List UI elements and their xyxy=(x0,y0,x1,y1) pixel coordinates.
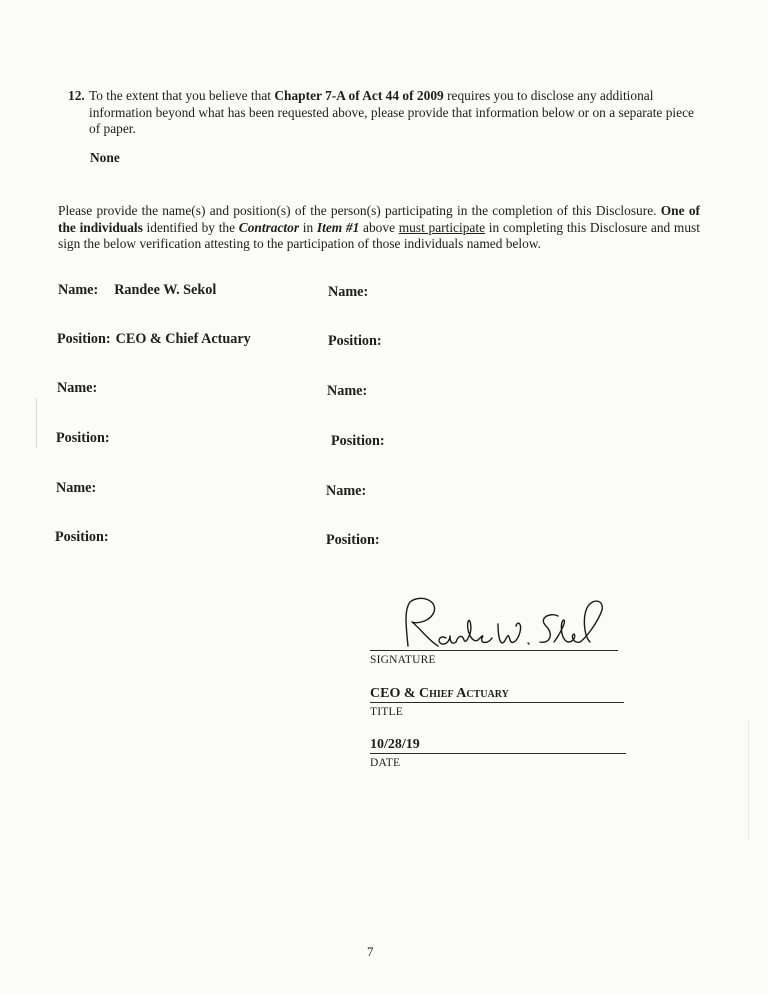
item-12-answer: None xyxy=(90,150,120,166)
date-value: 10/28/19 xyxy=(370,737,420,753)
chapter-reference: Chapter 7-A of Act 44 of 2009 xyxy=(274,88,443,103)
item-12: 12. To the extent that you believe that … xyxy=(68,88,708,138)
item-number: 12. xyxy=(68,88,85,105)
participant-1-position: Position:CEO & Chief Actuary xyxy=(57,331,251,348)
participant-2-name: Name: xyxy=(328,284,368,301)
title-line xyxy=(370,702,624,703)
item-12-text: To the extent that you believe that Chap… xyxy=(89,88,708,138)
participant-2-position: Position: xyxy=(328,333,382,350)
participant-4-position: Position: xyxy=(331,433,385,450)
title-value: CEO & Chief Actuary xyxy=(370,686,509,702)
handwritten-signature xyxy=(398,596,608,652)
participant-4-name: Name: xyxy=(327,383,367,400)
participant-3-position: Position: xyxy=(56,430,110,447)
date-line xyxy=(370,753,626,754)
participant-3-name: Name: xyxy=(57,380,97,397)
participant-5-name: Name: xyxy=(56,480,96,497)
page-number: 7 xyxy=(367,944,374,960)
participant-6-position: Position: xyxy=(326,532,380,549)
scan-artifact xyxy=(748,720,749,840)
participant-5-position: Position: xyxy=(55,529,109,546)
participant-6-name: Name: xyxy=(326,483,366,500)
participant-1-name: Name:Randee W. Sekol xyxy=(58,282,216,299)
signature-caption: SIGNATURE xyxy=(370,654,436,666)
signature-line xyxy=(370,650,618,651)
participant-1-position-value: CEO & Chief Actuary xyxy=(116,331,251,347)
title-caption: TITLE xyxy=(370,706,403,718)
participants-instructions: Please provide the name(s) and position(… xyxy=(58,203,700,253)
scan-artifact xyxy=(36,398,37,448)
date-caption: DATE xyxy=(370,757,400,769)
participant-1-name-value: Randee W. Sekol xyxy=(114,282,216,298)
